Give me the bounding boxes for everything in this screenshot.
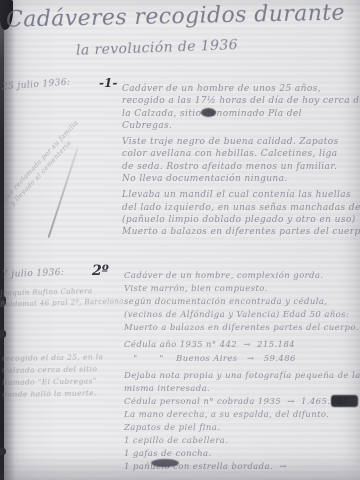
handwritten-line: del lado izquierdo, en unas señas mancha…	[122, 202, 358, 214]
entry1-diagonal-margin-note: fué reclamado por su familia y llevado a…	[2, 116, 90, 209]
entry2-body-text: Cadáver de un hombre, complexión gorda. …	[124, 270, 358, 474]
entry2-claimant-margin-note: Joaquín Rufino Cabrera Baldomat 46 pral …	[0, 285, 122, 309]
handwritten-line: Zapatos de piel fina.	[124, 422, 358, 435]
document-title-line1: Cadáveres recogidos durante	[6, 0, 356, 32]
handwritten-line: color avellana con hebillas. Calcetines,…	[122, 148, 358, 160]
ink-smudge	[201, 108, 216, 117]
handwritten-line: Viste marrón, bien compuesto.	[124, 283, 358, 296]
entry1-number: -1-	[99, 76, 117, 90]
edge-ink-nub	[0, 330, 6, 338]
binding-shadow	[4, 0, 15, 480]
handwritten-line: Cédula personal n° cobrada 1935 → 1.465.…	[124, 396, 358, 409]
handwritten-line: No lleva documentación ninguna.	[122, 173, 358, 185]
handwritten-line: 1 cepillo de cabellera.	[124, 435, 358, 448]
scanned-document-page: Cadáveres recogidos durante la revolució…	[0, 0, 360, 480]
handwritten-line: Llevaba un mandil el cual contenía las h…	[122, 189, 358, 201]
handwritten-line: de seda. Rostro afeitado menos un famili…	[122, 161, 358, 173]
handwritten-line: Cadáver de un hombre, complexión gorda.	[124, 270, 358, 283]
handwritten-line: Dejaba nota propia y una fotografía pequ…	[124, 370, 358, 383]
ink-smudge	[151, 459, 179, 467]
entry1-body-text: Cadáver de un hombre de unos 25 años, re…	[122, 83, 358, 239]
handwritten-line: (pañuelo limpio doblado plegado y otro e…	[122, 214, 358, 226]
entry2-number: 2º	[92, 263, 109, 279]
ink-redaction-blot	[331, 395, 358, 407]
handwritten-line: Cubregas.	[122, 120, 358, 132]
handwritten-line: misma interesada.	[124, 383, 358, 396]
handwritten-line: Cadáver de un hombre de unos 25 años,	[122, 83, 358, 95]
handwritten-line: Muerto a balazos en diferentes partes de…	[122, 226, 358, 238]
handwritten-line: recogido a las 17½ horas del día de hoy …	[122, 95, 358, 107]
handwritten-line: la Calzada, sitio denominado Pla del	[122, 108, 358, 120]
handwritten-line: La mano derecha, a su espalda, del difun…	[124, 409, 358, 422]
handwritten-line: y llevado al cementerio	[9, 122, 91, 209]
entry2-margin-note: recogido el día 25, en la Calzada cerca …	[2, 351, 119, 401]
handwritten-line: (vecinos de Alfóndiga y Valencia) Edad 5…	[124, 309, 358, 322]
handwritten-line: donde halló la muerte.	[2, 387, 118, 401]
edge-ink-nub	[0, 448, 6, 455]
handwritten-line: recogido el día 25, en la	[2, 351, 118, 365]
handwritten-line: Cédula año 1935 n° 442 → 215.184	[124, 339, 358, 352]
handwritten-line: Viste traje negro de buena calidad. Zapa…	[122, 136, 358, 148]
document-title-line2: la revolución de 1936	[76, 37, 238, 59]
handwritten-line: Muerto a balazos en diferentes partes de…	[124, 322, 358, 335]
handwritten-line: " " Buenos Aires → 59.486	[124, 353, 358, 366]
handwritten-line: según documentación encontrada y cédula,	[124, 296, 358, 309]
entry2-date: 7 julio 1936:	[2, 268, 65, 280]
